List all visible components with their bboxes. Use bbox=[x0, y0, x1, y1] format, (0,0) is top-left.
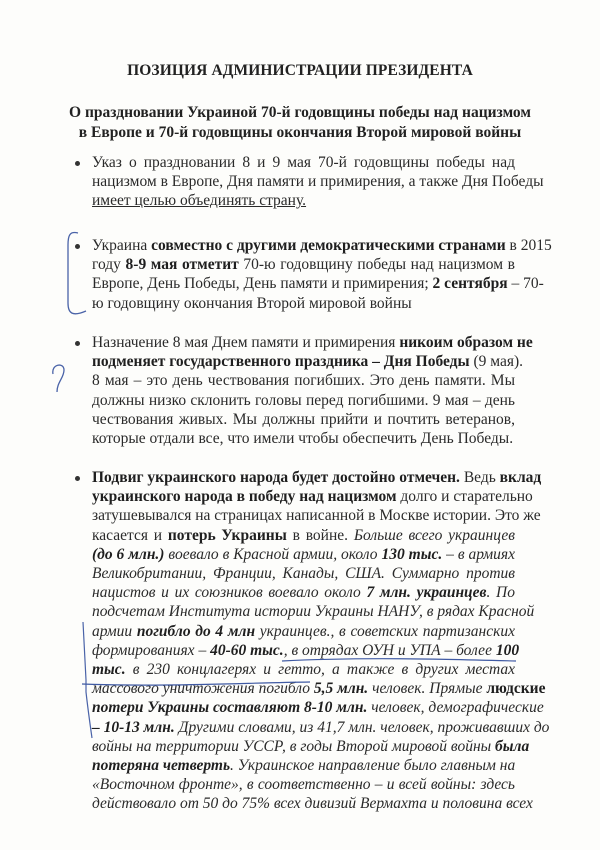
subtitle-line-2: в Европе и 70-й годовщины окончания Втор… bbox=[0, 123, 600, 143]
document-page: ПОЗИЦИЯ АДМИНИСТРАЦИИ ПРЕЗИДЕНТА О празд… bbox=[0, 0, 600, 850]
text-segment: в 230 концлагерях и гетто, а также в дру… bbox=[126, 661, 515, 678]
text-segment: Подвиг украинского народа будет достойно… bbox=[92, 469, 460, 486]
text-segment: (9 мая). bbox=[470, 353, 523, 370]
text-segment: подменяет государственного праздника – Д… bbox=[92, 353, 470, 370]
text-segment: потерь Украины bbox=[168, 527, 287, 544]
text-segment: 2 сентября bbox=[433, 275, 508, 292]
text-line: (до 6 млн.) воевало в Красной армии, око… bbox=[92, 545, 515, 564]
bullet-ukrainian-feat: Подвиг украинского народа будет достойно… bbox=[92, 468, 515, 814]
text-segment: которые отдали все, что имели чтобы обес… bbox=[92, 430, 513, 447]
text-segment: была bbox=[495, 738, 529, 755]
text-line: должны низко склонить головы перед погиб… bbox=[92, 391, 515, 410]
text-segment: нацизмом в Европе, Дня памяти и примирен… bbox=[92, 173, 544, 190]
text-segment: совместно с другими демократическими стр… bbox=[151, 237, 506, 254]
bullet-joint-celebration: Украина совместно с другими демократичес… bbox=[92, 236, 515, 313]
text-segment: Ведь bbox=[460, 469, 500, 486]
text-line: подменяет государственного праздника – Д… bbox=[92, 352, 515, 371]
text-segment: тыс. bbox=[92, 661, 126, 678]
text-line: 8 мая – это день чествования погибших. Э… bbox=[92, 371, 515, 390]
text-line: – 10-13 млн. Другими словами, из 41,7 мл… bbox=[92, 718, 515, 737]
text-line: действовало от 50 до 75% всех дивизий Ве… bbox=[92, 794, 515, 813]
text-segment: потеряна четверть bbox=[92, 757, 230, 774]
text-segment: в войне. bbox=[287, 527, 354, 544]
text-line: Европе, День Победы, День памяти и прими… bbox=[92, 274, 515, 293]
text-line: нацистов и их союзников воевало около 7 … bbox=[92, 583, 515, 602]
text-segment: потери Украины составляют 8-10 млн. bbox=[92, 699, 367, 716]
text-segment: армии bbox=[92, 623, 137, 640]
document-title: ПОЗИЦИЯ АДМИНИСТРАЦИИ ПРЕЗИДЕНТА bbox=[0, 62, 600, 80]
text-line: потери Украины составляют 8-10 млн. чело… bbox=[92, 698, 515, 717]
text-segment: «Восточном фронте», в соответственно – и… bbox=[92, 776, 515, 793]
text-segment: Другими словами, из 41,7 млн. человек, п… bbox=[175, 719, 550, 736]
text-segment: – 10-13 млн. bbox=[92, 719, 175, 736]
text-segment: затушевывался на страницах написанной в … bbox=[92, 507, 541, 524]
text-line: ю годовщину окончания Второй мировой вой… bbox=[92, 294, 515, 313]
text-line: Указ о праздновании 8 и 9 мая 70-й годов… bbox=[92, 153, 515, 172]
text-segment: касается и bbox=[92, 527, 168, 544]
text-segment: Назначение 8 мая Днем памяти и примирени… bbox=[92, 334, 399, 351]
text-segment: 5,5 млн. bbox=[314, 680, 368, 697]
text-segment: . Украинское направление было главным на bbox=[230, 757, 515, 774]
text-segment: ю годовщину окончания Второй мировой вой… bbox=[92, 295, 412, 312]
text-segment: долго и старательно bbox=[397, 488, 533, 505]
text-line: тыс. в 230 концлагерях и гетто, а также … bbox=[92, 660, 515, 679]
text-segment: чествования живых. Мы должны прийти и по… bbox=[92, 411, 515, 428]
text-segment: массового уничтожения погибло bbox=[92, 680, 314, 697]
text-line: чествования живых. Мы должны прийти и по… bbox=[92, 410, 515, 429]
text-segment: погибло до 4 млн bbox=[137, 623, 255, 640]
text-line: «Восточном фронте», в соответственно – и… bbox=[92, 775, 515, 794]
text-segment: украинцев., в советских партизанских bbox=[255, 623, 515, 640]
text-line: Великобритании, Франции, Канады, США. Су… bbox=[92, 564, 515, 583]
text-segment: Великобритании, Франции, Канады, США. Су… bbox=[92, 565, 515, 582]
text-segment: – 70- bbox=[508, 275, 544, 292]
text-line: году 8-9 мая отметит 70-ю годовщину побе… bbox=[92, 255, 515, 274]
text-segment: Больше всего украинцев bbox=[354, 527, 515, 544]
text-segment: (до 6 млн.) bbox=[92, 546, 164, 563]
text-line: массового уничтожения погибло 5,5 млн. ч… bbox=[92, 679, 515, 698]
text-segment: 100 bbox=[496, 642, 519, 659]
text-segment: 8 мая – это день чествования погибших. Э… bbox=[92, 372, 515, 389]
text-segment: подсчетам Института истории Украины НАНУ… bbox=[92, 603, 534, 620]
text-segment: , в отрядах ОУН и УПА – более bbox=[284, 642, 496, 659]
text-line: имеет целью объединять страну. bbox=[92, 191, 515, 210]
text-segment: никоим образом не bbox=[399, 334, 532, 351]
text-segment: Указ о праздновании 8 и 9 мая 70-й годов… bbox=[92, 154, 515, 171]
text-segment: людские bbox=[486, 680, 545, 697]
text-line: затушевывался на страницах написанной в … bbox=[92, 506, 515, 525]
text-segment: 7 млн. украинцев bbox=[366, 584, 486, 601]
bullet-memory-day: Назначение 8 мая Днем памяти и примирени… bbox=[92, 333, 515, 448]
text-line: украинского народа в победу над нацизмом… bbox=[92, 487, 515, 506]
text-line: подсчетам Института истории Украины НАНУ… bbox=[92, 602, 515, 621]
text-segment: действовало от 50 до 75% всех дивизий Ве… bbox=[92, 795, 533, 812]
text-segment: украинского народа в победу над нацизмом bbox=[92, 488, 397, 505]
text-line: которые отдали все, что имели чтобы обес… bbox=[92, 429, 515, 448]
text-segment: 8-9 мая отметит bbox=[126, 256, 239, 273]
text-segment: нацистов и их союзников воевало около bbox=[92, 584, 366, 601]
text-segment: человек, демографические bbox=[367, 699, 543, 716]
text-segment: Украина bbox=[92, 237, 151, 254]
text-segment: 130 тыс. bbox=[381, 546, 442, 563]
text-line: войны на территории УССР, в годы Второй … bbox=[92, 737, 515, 756]
text-segment: в 2015 bbox=[506, 237, 552, 254]
text-line: нацизмом в Европе, Дня памяти и примирен… bbox=[92, 172, 515, 191]
text-segment: вклад bbox=[500, 469, 542, 486]
text-segment: Европе, День Победы, День памяти и прими… bbox=[92, 275, 433, 292]
text-segment: имеет целью объединять страну. bbox=[92, 192, 306, 209]
text-line: Подвиг украинского народа будет достойно… bbox=[92, 468, 515, 487]
text-segment: человек. Прямые bbox=[368, 680, 486, 697]
text-line: формированиях – 40-60 тыс., в отрядах ОУ… bbox=[92, 641, 515, 660]
text-segment: году bbox=[92, 256, 126, 273]
text-segment: должны низко склонить головы перед погиб… bbox=[92, 392, 515, 409]
text-line: Назначение 8 мая Днем памяти и примирени… bbox=[92, 333, 515, 352]
document-subtitle: О праздновании Украиной 70-й годовщины п… bbox=[0, 103, 600, 143]
text-segment: войны на территории УССР, в годы Второй … bbox=[92, 738, 495, 755]
text-segment: воевало в Красной армии, около bbox=[164, 546, 381, 563]
bullet-decree-unity: Указ о праздновании 8 и 9 мая 70-й годов… bbox=[92, 153, 515, 211]
text-segment: 70-ю годовщину победы над нацизмом в bbox=[239, 256, 515, 273]
text-segment: формированиях – bbox=[92, 642, 210, 659]
text-line: армии погибло до 4 млн украинцев., в сов… bbox=[92, 622, 515, 641]
text-segment: . По bbox=[486, 584, 515, 601]
text-line: Украина совместно с другими демократичес… bbox=[92, 236, 515, 255]
text-segment: – в армиях bbox=[442, 546, 515, 563]
text-line: потеряна четверть. Украинское направлени… bbox=[92, 756, 515, 775]
text-line: касается и потерь Украины в войне. Больш… bbox=[92, 526, 515, 545]
subtitle-line-1: О праздновании Украиной 70-й годовщины п… bbox=[0, 103, 600, 123]
handwritten-question-mark-icon bbox=[44, 360, 74, 400]
text-segment: 40-60 тыс. bbox=[210, 642, 284, 659]
